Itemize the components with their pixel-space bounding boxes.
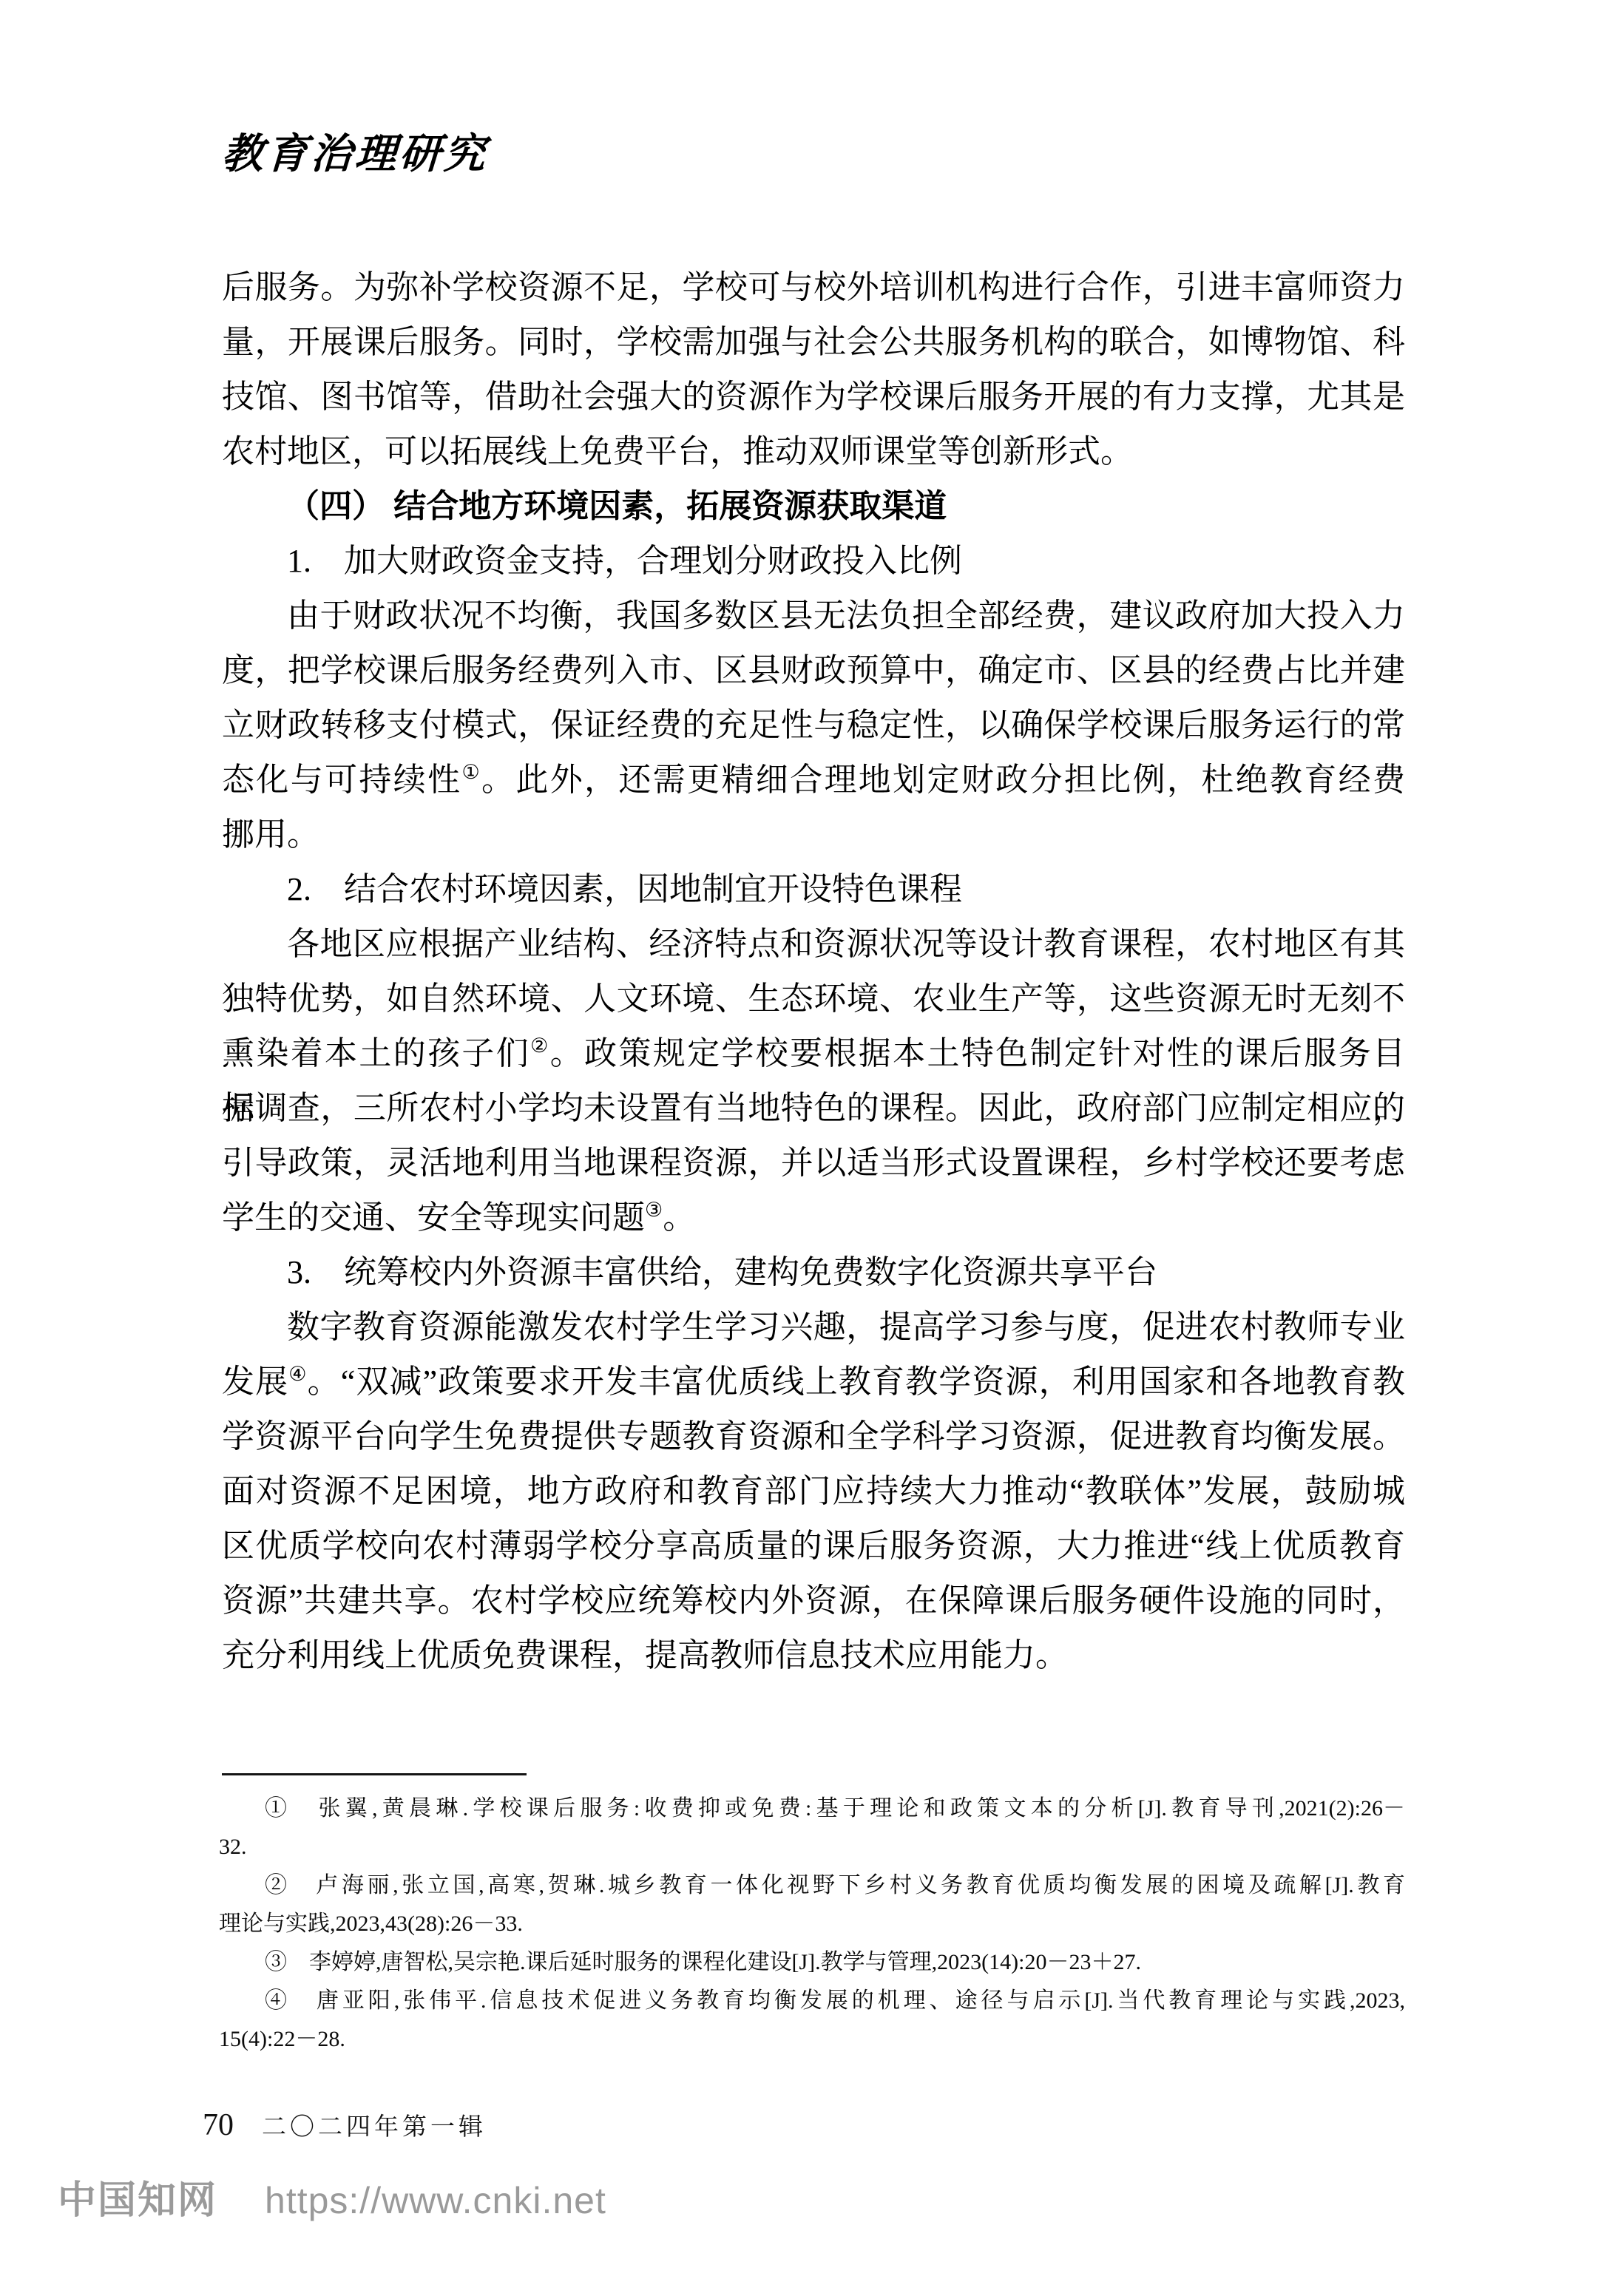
body-text-segment: 。此外，还需更精细合理地划定财政分担比例，杜绝教育经费 (481, 762, 1405, 798)
body-text-segment: 发展 (222, 1364, 288, 1400)
footnote-line: 32. (219, 1828, 1405, 1866)
cnki-url: https://www.cnki.net (265, 2180, 606, 2221)
body-line: 数字教育资源能激发农村学生学习兴趣，提高学习参与度，促进农村教师专业 (222, 1300, 1405, 1355)
footnote-line: ① 张翼,黄晨琳.学校课后服务:收费抑或免费:基于理论和政策文本的分析[J].教… (219, 1789, 1405, 1828)
footnote-line: ② 卢海丽,张立国,高寒,贺琳.城乡教育一体化视野下乡村义务教育优质均衡发展的困… (219, 1866, 1405, 1905)
subsection-heading-2: 2. 结合农村环境因素，因地制宜开设特色课程 (222, 862, 1405, 917)
body-text-segment: 。 (663, 1199, 695, 1236)
body-line: 学资源平台向学生免费提供专题教育资源和全学科学习资源，促进教育均衡发展。 (222, 1409, 1405, 1464)
body-line: 资源”共建共享。农村学校应统筹校内外资源，在保障课后服务硬件设施的同时， (222, 1574, 1405, 1628)
body-text-segment: 熏染着本土的孩子们 (222, 1035, 530, 1071)
subsection-heading-3: 3. 统筹校内外资源丰富供给，建构免费数字化资源共享平台 (222, 1245, 1405, 1300)
footnote-ref-1: ① (461, 761, 481, 783)
body-line: 立财政转移支付模式，保证经费的充足性与稳定性，以确保学校课后服务运行的常 (222, 698, 1405, 753)
footnotes-section: ① 张翼,黄晨琳.学校课后服务:收费抑或免费:基于理论和政策文本的分析[J].教… (219, 1789, 1405, 2059)
issue-label: 二〇二四年第一辑 (262, 2114, 487, 2141)
body-line: 发展④。“双减”政策要求开发丰富优质线上教育教学资源，利用国家和各地教育教 (222, 1355, 1405, 1409)
footnote-line: 理论与实践,2023,43(28):26－33. (219, 1905, 1405, 1943)
body-line: 挪用。 (222, 807, 1405, 862)
article-body: 后服务。为弥补学校资源不足，学校可与校外培训机构进行合作，引进丰富师资力 量，开… (222, 260, 1405, 1683)
body-text-segment: 学生的交通、安全等现实问题 (222, 1199, 645, 1236)
body-line: 后服务。为弥补学校资源不足，学校可与校外培训机构进行合作，引进丰富师资力 (222, 260, 1405, 315)
page-number: 70 (203, 2108, 234, 2142)
body-line: 态化与可持续性①。此外，还需更精细合理地划定财政分担比例，杜绝教育经费 (222, 753, 1405, 807)
body-line: 各地区应根据产业结构、经济特点和资源状况等设计教育课程，农村地区有其 (222, 917, 1405, 972)
journal-page: 教育治理研究 后服务。为弥补学校资源不足，学校可与校外培训机构进行合作，引进丰富… (0, 0, 1624, 2279)
body-line: 充分利用线上优质免费课程，提高教师信息技术应用能力。 (222, 1628, 1405, 1683)
page-footer: 70二〇二四年第一辑 (203, 2104, 487, 2146)
body-line: 技馆、图书馆等，借助社会强大的资源作为学校课后服务开展的有力支撑，尤其是 (222, 370, 1405, 424)
footnote-line: 15(4):22－28. (219, 2020, 1405, 2059)
footnote-line: ③ 李婷婷,唐智松,吴宗艳.课后延时服务的课程化建设[J].教学与管理,2023… (219, 1943, 1405, 1982)
cnki-watermark: 中国知网https://www.cnki.net (58, 2177, 606, 2224)
body-line: 独特优势，如自然环境、人文环境、生态环境、农业生产等，这些资源无时无刻不 (222, 972, 1405, 1026)
footnote-ref-4: ④ (288, 1363, 307, 1385)
body-line: 面对资源不足困境，地方政府和教育部门应持续大力推动“教联体”发展，鼓励城 (222, 1464, 1405, 1519)
footnote-ref-3: ③ (645, 1199, 663, 1221)
footnote-ref-2: ② (530, 1034, 550, 1057)
body-text-segment: 态化与可持续性 (222, 762, 461, 798)
body-line: 据调查，三所农村小学均未设置有当地特色的课程。因此，政府部门应制定相应的 (222, 1081, 1405, 1136)
footnote-separator-rule (222, 1773, 527, 1775)
body-line: 由于财政状况不均衡，我国多数区县无法负担全部经费，建议政府加大投入力 (222, 589, 1405, 643)
journal-logo-calligraphy: 教育治理研究 (220, 132, 489, 177)
body-line: 熏染着本土的孩子们②。政策规定学校要根据本土特色制定针对性的课后服务目标， (222, 1026, 1405, 1081)
body-text-segment: 。“双减”政策要求开发丰富优质线上教育教学资源，利用国家和各地教育教 (308, 1364, 1405, 1400)
footnote-line: ④ 唐亚阳,张伟平.信息技术促进义务教育均衡发展的机理、途径与启示[J].当代教… (219, 1982, 1405, 2020)
body-line: 引导政策，灵活地利用当地课程资源，并以适当形式设置课程，乡村学校还要考虑 (222, 1136, 1405, 1191)
body-line: 度，把学校课后服务经费列入市、区县财政预算中，确定市、区县的经费占比并建 (222, 643, 1405, 698)
subsection-heading-1: 1. 加大财政资金支持，合理划分财政投入比例 (222, 534, 1405, 589)
body-line: 农村地区，可以拓展线上免费平台，推动双师课堂等创新形式。 (222, 424, 1405, 479)
body-line: 学生的交通、安全等现实问题③。 (222, 1191, 1405, 1245)
section-heading: （四） 结合地方环境因素，拓展资源获取渠道 (222, 479, 1405, 534)
cnki-site-name: 中国知网 (58, 2179, 217, 2222)
body-line: 量，开展课后服务。同时，学校需加强与社会公共服务机构的联合，如博物馆、科 (222, 315, 1405, 370)
body-line: 区优质学校向农村薄弱学校分享高质量的课后服务资源，大力推进“线上优质教育 (222, 1519, 1405, 1574)
